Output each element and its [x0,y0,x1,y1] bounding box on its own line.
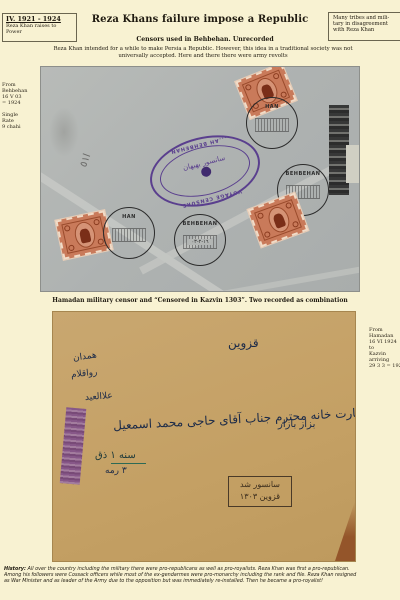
handwritten-number: ۳ رمه [105,466,127,476]
stain-mark [335,501,355,561]
handwritten-address: تجارت خانه محترم جناب آقای حاجی محمد اسم… [113,405,356,432]
cover1-side-note: From Behbehan 16 V 03 = 1924 Single Rate… [2,82,40,130]
kazvin-censor-box: سانسور شد قزوین ١٣٠٣ [228,476,292,507]
handwritten-bazaar: بزاز بازار [278,419,315,430]
section-subtitle: Power [6,29,73,35]
section-title: IV. 1921 - 1924 [6,15,73,23]
handwritten-date: سنه ۱ ذق [95,450,136,461]
handwritten-sender: رواقلام [71,368,98,381]
handwritten-sender: علاالعید [85,391,113,403]
censor-box-line: قزوین ١٣٠٣ [229,491,291,503]
pencil-notation: ا٥١ [78,152,93,168]
hamadan-military-censor-strip [60,407,87,484]
handwritten-destination: قزوین [228,336,259,350]
postmark-behbehan: BEHBEHAN ١٦-٢-٠٣ [174,214,226,266]
side-note-line: 29 3 3 = 1924 [369,363,400,369]
censor-box-line: سانسور شد [229,479,291,491]
note-line: with Reza Khan [333,27,399,33]
history-line: as War Minister and as leader of the Arm… [4,578,400,584]
smudge-mark [49,107,79,157]
page-subtitle: Censors used in Behbehan. Unrecorded [60,36,350,43]
page-title: Reza Khans failure impose a Republic [80,14,320,25]
side-note-line: 9 chahi [2,124,40,130]
postmark-behbehan: HAN [103,207,155,259]
label-patch [346,145,360,183]
cover-behbehan-back: ا٥١ HAN ...AH BEHBEHAN سانسور بهبهان VOY… [40,66,360,292]
postmark-date: ١٦-٢-٠٣ [187,239,213,245]
exhibit-page: IV. 1921 - 1924 Reza Khan raises to Powe… [0,0,400,600]
intro-line: universally accepted. Here and there the… [18,53,388,60]
history-text: History: All over the country including … [4,566,400,584]
intro-line: Reza Khan intended for a while to make P… [18,46,388,53]
postmark-behbehan: HAN [246,97,298,149]
cover2-caption: Hamadan military censor and “Censored in… [0,297,400,304]
censor-oval-cachet: ...AH BEHBEHAN سانسور بهبهان VOYAGE CENS… [142,124,267,217]
cover2-side-note: From Hamadan 16 VI 1924 to Kazvin arrivi… [369,327,400,369]
cover-hamadan-front: قزوین همدان رواقلام علاالعید تجارت خانه … [52,311,356,562]
handwritten-sender: همدان [72,350,97,363]
intro-text: Reza Khan intended for a while to make P… [18,46,388,60]
underline-mark [111,463,146,464]
